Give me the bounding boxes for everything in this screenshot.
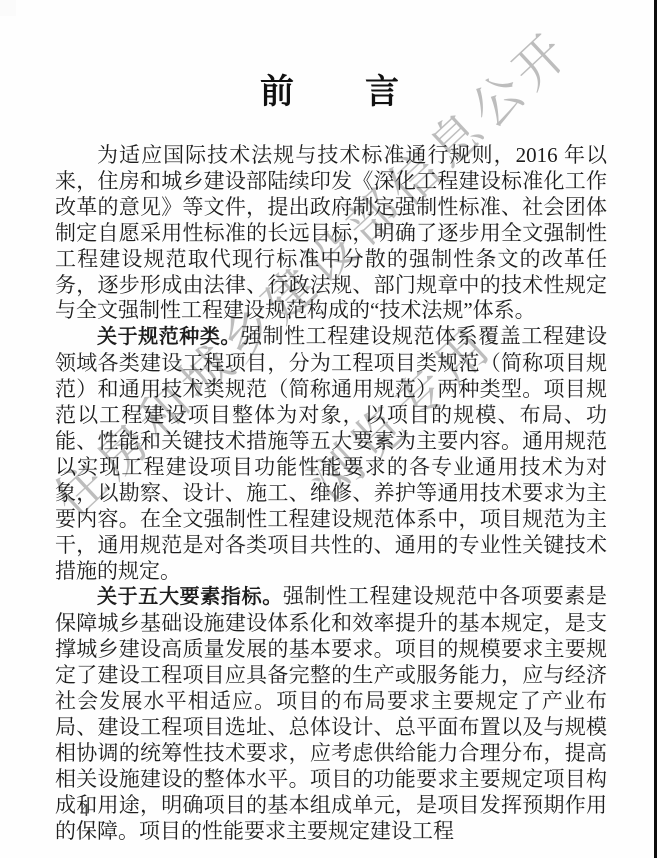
body-text: 为适应国际技术法规与技术标准通行规则，2016 年以来，住房和城乡建设部陆续印发…: [55, 143, 607, 844]
paragraph-text: 为适应国际技术法规与技术标准通行规则，2016 年以来，住房和城乡建设部陆续印发…: [55, 143, 607, 322]
paragraph-text: 强制性工程建设规范体系覆盖工程建设领域各类建设工程项目，分为工程项目类规范（简称…: [55, 324, 607, 582]
paragraph: 关于五大要素指标。强制性工程建设规范中各项要素是保障城乡基础设施建设体系化和效率…: [55, 584, 607, 844]
document-page: 住房和城乡建设部信息公开 浏览专用 前 言 为适应国际技术法规与技术标准通行规则…: [0, 0, 660, 858]
scan-edge-line: [654, 0, 657, 858]
scan-corner-shade: [0, 0, 16, 16]
paragraph: 为适应国际技术法规与技术标准通行规则，2016 年以来，住房和城乡建设部陆续印发…: [55, 143, 607, 324]
paragraph-text: 强制性工程建设规范中各项要素是保障城乡基础设施建设体系化和效率提升的基本规定，是…: [55, 584, 607, 842]
paragraph-lead: 关于规范种类。: [97, 326, 241, 348]
page-title: 前 言: [54, 64, 606, 113]
page-number: 4: [80, 800, 89, 821]
paragraph-lead: 关于五大要素指标。: [97, 586, 283, 608]
paragraph: 关于规范种类。强制性工程建设规范体系覆盖工程建设领域各类建设工程项目，分为工程项…: [55, 324, 607, 584]
